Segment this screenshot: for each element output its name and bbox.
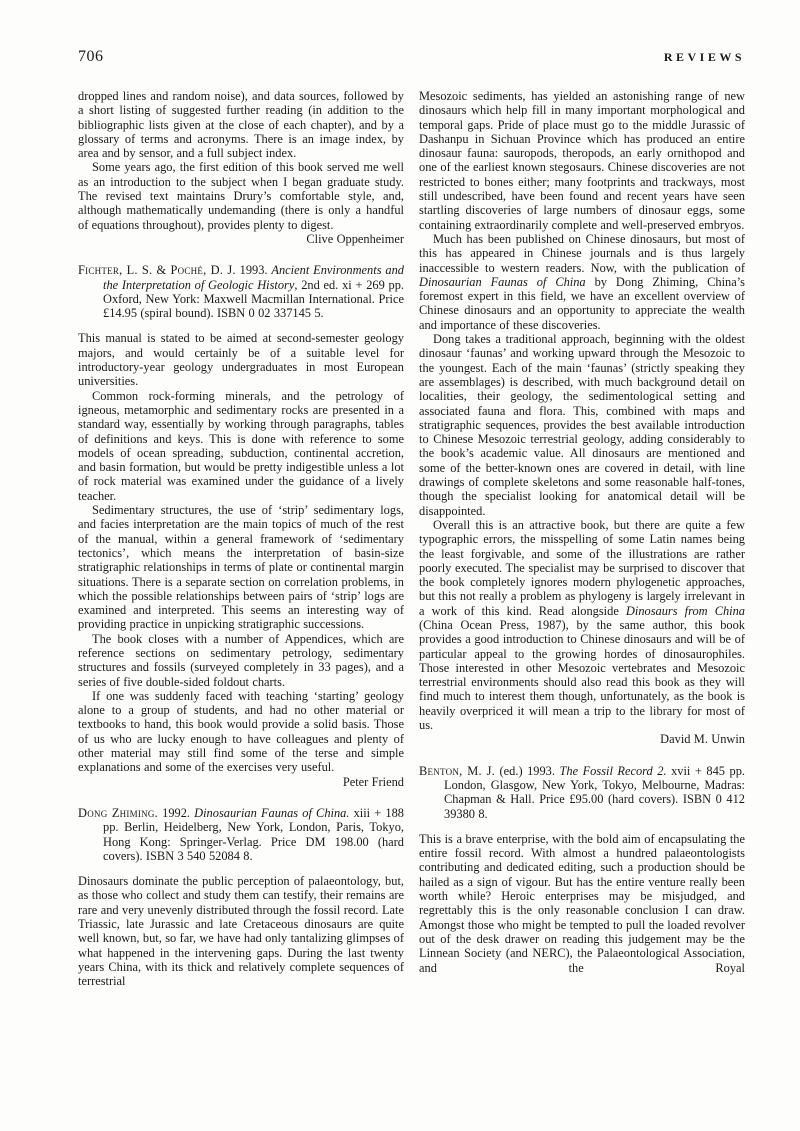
text-segment: Common rock-forming minerals, and the pe… [78, 389, 404, 503]
journal-page: 706 REVIEWS dropped lines and random noi… [0, 0, 800, 1131]
review-paragraph: Dinosaurs dominate the public perception… [78, 874, 404, 988]
text-segment: Clive Oppenheimer [306, 232, 404, 246]
reviewer-signature: David M. Unwin [419, 732, 745, 746]
review-paragraph: Mesozoic sediments, has yielded an aston… [419, 89, 745, 232]
review-paragraph: This manual is stated to be aimed at sec… [78, 331, 404, 388]
reviewer-signature: Clive Oppenheimer [78, 232, 404, 246]
text-segment: dropped lines and random noise), and dat… [78, 89, 404, 160]
review-paragraph: Some years ago, the first edition of thi… [78, 160, 404, 231]
text-segment: (China Ocean Press, 1987), by the same a… [419, 618, 745, 732]
page-number: 706 [78, 48, 104, 66]
text-segment: If one was suddenly faced with teaching … [78, 689, 404, 774]
text-segment: Peter Friend [343, 775, 404, 789]
left-column: dropped lines and random noise), and dat… [78, 89, 404, 989]
text-segment: The Fossil Record 2. [560, 764, 667, 778]
running-title: REVIEWS [664, 50, 745, 65]
text-columns: dropped lines and random noise), and dat… [78, 89, 745, 989]
text-segment: Much has been published on Chinese dinos… [419, 232, 745, 275]
book-reference: Benton, M. J. (ed.) 1993. The Fossil Rec… [419, 764, 745, 821]
review-paragraph: dropped lines and random noise), and dat… [78, 89, 404, 160]
text-segment: Mesozoic sediments, has yielded an aston… [419, 89, 745, 232]
review-paragraph: Dong takes a traditional approach, begin… [419, 332, 745, 518]
text-segment: Some years ago, the first edition of thi… [78, 160, 404, 231]
text-segment: Dong takes a traditional approach, begin… [419, 332, 745, 518]
text-segment: 1992. [158, 806, 194, 820]
review-paragraph: Overall this is an attractive book, but … [419, 518, 745, 732]
review-paragraph: Common rock-forming minerals, and the pe… [78, 389, 404, 503]
text-segment: (ed.) 1993. [495, 764, 560, 778]
book-reference: Dong Zhiming. 1992. Dinosaurian Faunas o… [78, 806, 404, 863]
text-segment: Benton, M. J. [419, 764, 495, 778]
text-segment: The book closes with a number of Appendi… [78, 632, 404, 689]
book-reference: Fichter, L. S. & Poché, D. J. 1993. Anci… [78, 263, 404, 320]
text-segment: David M. Unwin [660, 732, 745, 746]
text-segment: Dong Zhiming. [78, 806, 158, 820]
text-segment: Dinosaurian Faunas of China. [194, 806, 349, 820]
text-segment: Dinosaurian Faunas of China [419, 275, 586, 289]
text-segment: Sedimentary structures, the use of ‘stri… [78, 503, 404, 631]
text-segment: This is a brave enterprise, with the bol… [419, 832, 745, 975]
text-segment: Dinosaurs dominate the public perception… [78, 874, 404, 988]
text-segment: Dinosaurs from China [626, 604, 745, 618]
review-paragraph: Sedimentary structures, the use of ‘stri… [78, 503, 404, 632]
review-paragraph: This is a brave enterprise, with the bol… [419, 832, 745, 975]
text-segment: Fichter, L. S. & Poché, D. J. [78, 263, 236, 277]
reviewer-signature: Peter Friend [78, 775, 404, 789]
text-segment: 1993. [236, 263, 272, 277]
review-paragraph: The book closes with a number of Appendi… [78, 632, 404, 689]
text-segment: This manual is stated to be aimed at sec… [78, 331, 404, 388]
review-paragraph: Much has been published on Chinese dinos… [419, 232, 745, 332]
page-header: 706 REVIEWS [78, 48, 745, 66]
review-paragraph: If one was suddenly faced with teaching … [78, 689, 404, 775]
right-column: Mesozoic sediments, has yielded an aston… [419, 89, 745, 989]
